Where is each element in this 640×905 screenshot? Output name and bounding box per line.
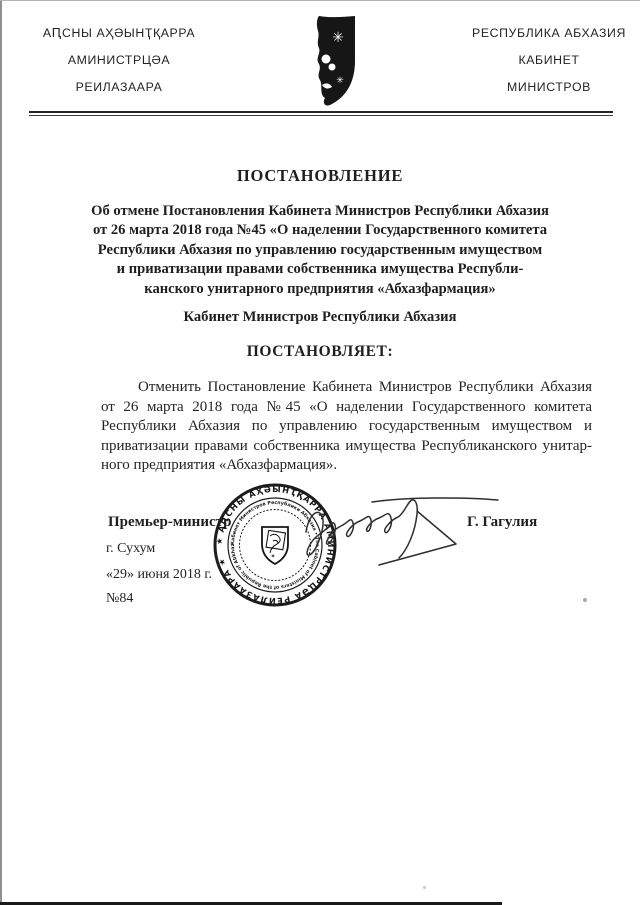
decree-subject: Об отмене Постановления Кабинета Министр… (60, 202, 580, 299)
letterhead-right-line: РЕСПУБЛИКА АБХАЗИЯ (460, 20, 638, 47)
body-line: от 26 марта 2018 года №45 «О наделении Г… (101, 398, 592, 418)
decree-body: Отменить Постановление Кабинета Министро… (101, 378, 592, 476)
subject-line: от 26 марта 2018 года №45 «О наделении Г… (60, 221, 580, 240)
place-line: г. Сухум (106, 541, 155, 557)
svg-text:✳: ✳ (336, 76, 344, 86)
body-line: Республики Абхазия по управлению государ… (101, 417, 592, 437)
stamp-coat-of-arms-icon: ✶ (262, 527, 288, 564)
letterhead-right-line: КАБИНЕТ (460, 47, 638, 74)
svg-text:✶: ✶ (270, 553, 275, 560)
subject-line: канского унитарного предприятия «Абхазфа… (60, 280, 580, 299)
resolves-line: ПОСТАНОВЛЯЕТ: (60, 343, 580, 361)
letterhead-left-line: АМИНИСТРЦӘА (28, 47, 210, 74)
body-line: Отменить Постановление Кабинета Министро… (101, 378, 592, 398)
letterhead-right-line: МИНИСТРОВ (460, 74, 638, 101)
letterhead-left: АԤСНЫ АҲӘЫНҬҚАРРА АМИНИСТРЦӘА РЕИЛАЗААРА (28, 20, 210, 101)
letterhead-divider (29, 111, 613, 116)
svg-text:✳: ✳ (332, 30, 344, 46)
date-line: «29» июня 2018 г. (106, 567, 212, 583)
body-line: ного предприятия «Абхазфармация». (101, 456, 592, 476)
number-line: №84 (106, 591, 133, 607)
scan-speck (423, 886, 426, 889)
letterhead-right: РЕСПУБЛИКА АБХАЗИЯ КАБИНЕТ МИНИСТРОВ (460, 20, 638, 101)
body-line: приватизации правами собственника имущес… (101, 437, 592, 457)
decree-title: ПОСТАНОВЛЕНИЕ (60, 166, 580, 186)
scan-speck (583, 598, 587, 602)
letterhead-left-line: АԤСНЫ АҲӘЫНҬҚАРРА (28, 20, 210, 47)
handwritten-signature-icon (300, 478, 580, 598)
page-top-edge (0, 0, 640, 1)
page-left-edge (0, 0, 2, 905)
issuer-line: Кабинет Министров Республики Абхазия (60, 309, 580, 326)
subject-line: и приватизации правами собственника имущ… (60, 260, 580, 279)
state-emblem-icon: ✳ ✳ (314, 15, 356, 112)
letterhead-left-line: РЕИЛАЗААРА (28, 74, 210, 101)
subject-line: Об отмене Постановления Кабинета Министр… (60, 202, 580, 221)
subject-line: Республики Абхазия по управлению государ… (60, 241, 580, 260)
